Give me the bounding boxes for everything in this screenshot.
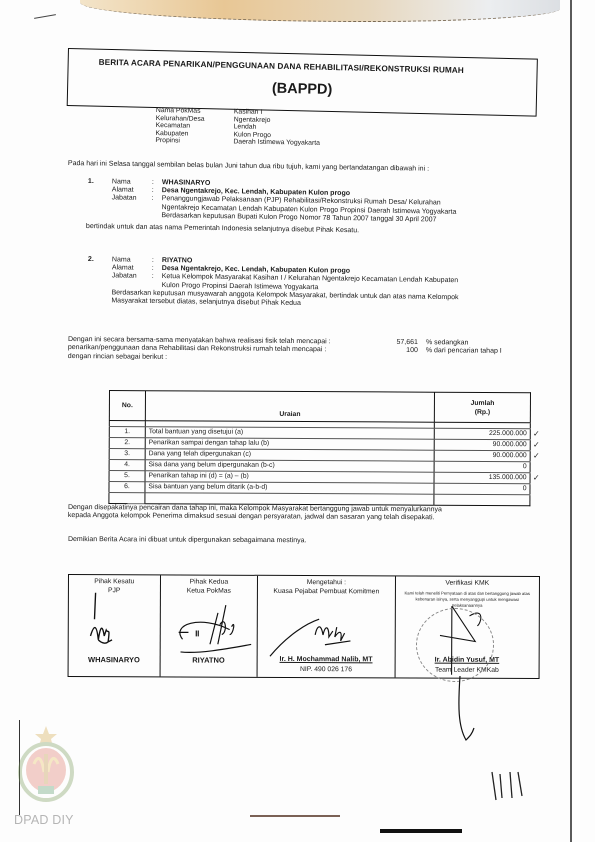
fund-usage-value: 100	[390, 347, 418, 356]
row-amount: 90.000.000✓	[434, 450, 530, 462]
dpad-diy-logo-icon	[14, 724, 78, 804]
pokmas-info: Nama PokMasKasihan I Kelurahan/DesaNgent…	[155, 107, 320, 148]
document-subtitle: (BAPPD)	[68, 76, 536, 103]
row-amount: 0	[434, 461, 530, 473]
scan-artifact-bar	[380, 829, 462, 833]
header-desc: Uraian	[145, 391, 434, 423]
document-title: BERITA ACARA PENARIKAN/PENGGUNAAN DANA R…	[99, 58, 464, 75]
party-2: 2. Nama:RIYATNO Alamat:Desa Ngentakrejo,…	[87, 256, 459, 310]
party-1: 1. Nama:WHASINARYO Alamat:Desa Ngentakre…	[87, 178, 457, 225]
handwritten-mark-icon	[488, 770, 528, 802]
row-description: Penarikan sampai dengan tahap lalu (b)	[145, 438, 434, 451]
closing-paragraph: Dengan disepakatinya pencairan dana taha…	[68, 504, 442, 523]
row-description: Penarikan tahap ini (d) = (a) – (b)	[145, 471, 434, 484]
row-number: 5.	[109, 471, 145, 482]
row-amount: 135.000.000✓	[434, 472, 530, 484]
party-1-closing: bertindak untuk dan atas nama Pemerintah…	[86, 223, 359, 236]
row-amount: 0	[434, 483, 530, 495]
row-number: 1.	[109, 427, 145, 438]
check-mark-icon: ✓	[533, 440, 540, 450]
scan-artifact-line	[250, 815, 340, 817]
signature-party-2: Pihak Kedua Ketua PokMas RIYATNO	[160, 575, 258, 676]
intro-text: Pada hari ini Selasa tanggal sembilan be…	[68, 160, 429, 174]
fund-table: No. Uraian Jumlah (Rp.) 1.Total bantuan …	[108, 390, 531, 506]
row-number: 2.	[109, 438, 145, 449]
signatory-2-name: RIYATNO	[160, 655, 257, 664]
row-description: Total bantuan yang disetujui (a)	[145, 427, 434, 440]
statement: Dengan ini secara bersama-sama menyataka…	[68, 336, 502, 365]
row-description: Sisa dana yang belum dipergunakan (b-c)	[145, 460, 434, 473]
title-box: BERITA ACARA PENARIKAN/PENGGUNAAN DANA R…	[67, 48, 538, 117]
header-amount: Jumlah (Rp.)	[434, 392, 530, 423]
official-stamp	[416, 608, 494, 682]
physical-progress-value: 57,661	[390, 339, 418, 348]
row-description: Dana yang telah dipergunakan (c)	[145, 449, 434, 462]
watermark: DPAD DIY	[14, 813, 74, 827]
row-number: 6.	[109, 482, 145, 493]
check-mark-icon: ✓	[533, 429, 540, 439]
check-mark-icon: ✓	[533, 473, 540, 483]
verification-note: Kami telah meneliti Pernyataan di atas d…	[395, 590, 538, 609]
row-description: Sisa bantuan yang belum ditarik (a-b-d)	[145, 482, 434, 495]
signature-tail-icon	[440, 676, 480, 756]
row-amount: 90.000.000✓	[434, 439, 530, 451]
signatory-1-name: WHASINARYO	[69, 655, 160, 664]
meta-row: PropinsiDaerah Istimewa Yogyakarta	[155, 137, 320, 147]
row-number: 3.	[109, 449, 145, 460]
row-amount: 225.000.000✓	[434, 428, 530, 440]
signatory-3-name: Ir. H. Mochammad Nalib, MT	[258, 656, 394, 664]
closing-statement: Demikian Berita Acara ini dibuat untuk d…	[68, 536, 307, 546]
signature-ppk: Mengetahui : Kuasa Pejabat Pembuat Komit…	[258, 576, 396, 678]
document-page: BERITA ACARA PENARIKAN/PENGGUNAAN DANA R…	[0, 0, 595, 842]
header-no: No.	[109, 391, 145, 421]
signature-party-1: Pihak Kesatu PJP WHASINARYO	[69, 575, 161, 676]
row-number: 4.	[109, 460, 145, 471]
check-mark-icon: ✓	[533, 451, 540, 461]
signatory-3-nip: NIP. 490 026 176	[258, 666, 394, 674]
